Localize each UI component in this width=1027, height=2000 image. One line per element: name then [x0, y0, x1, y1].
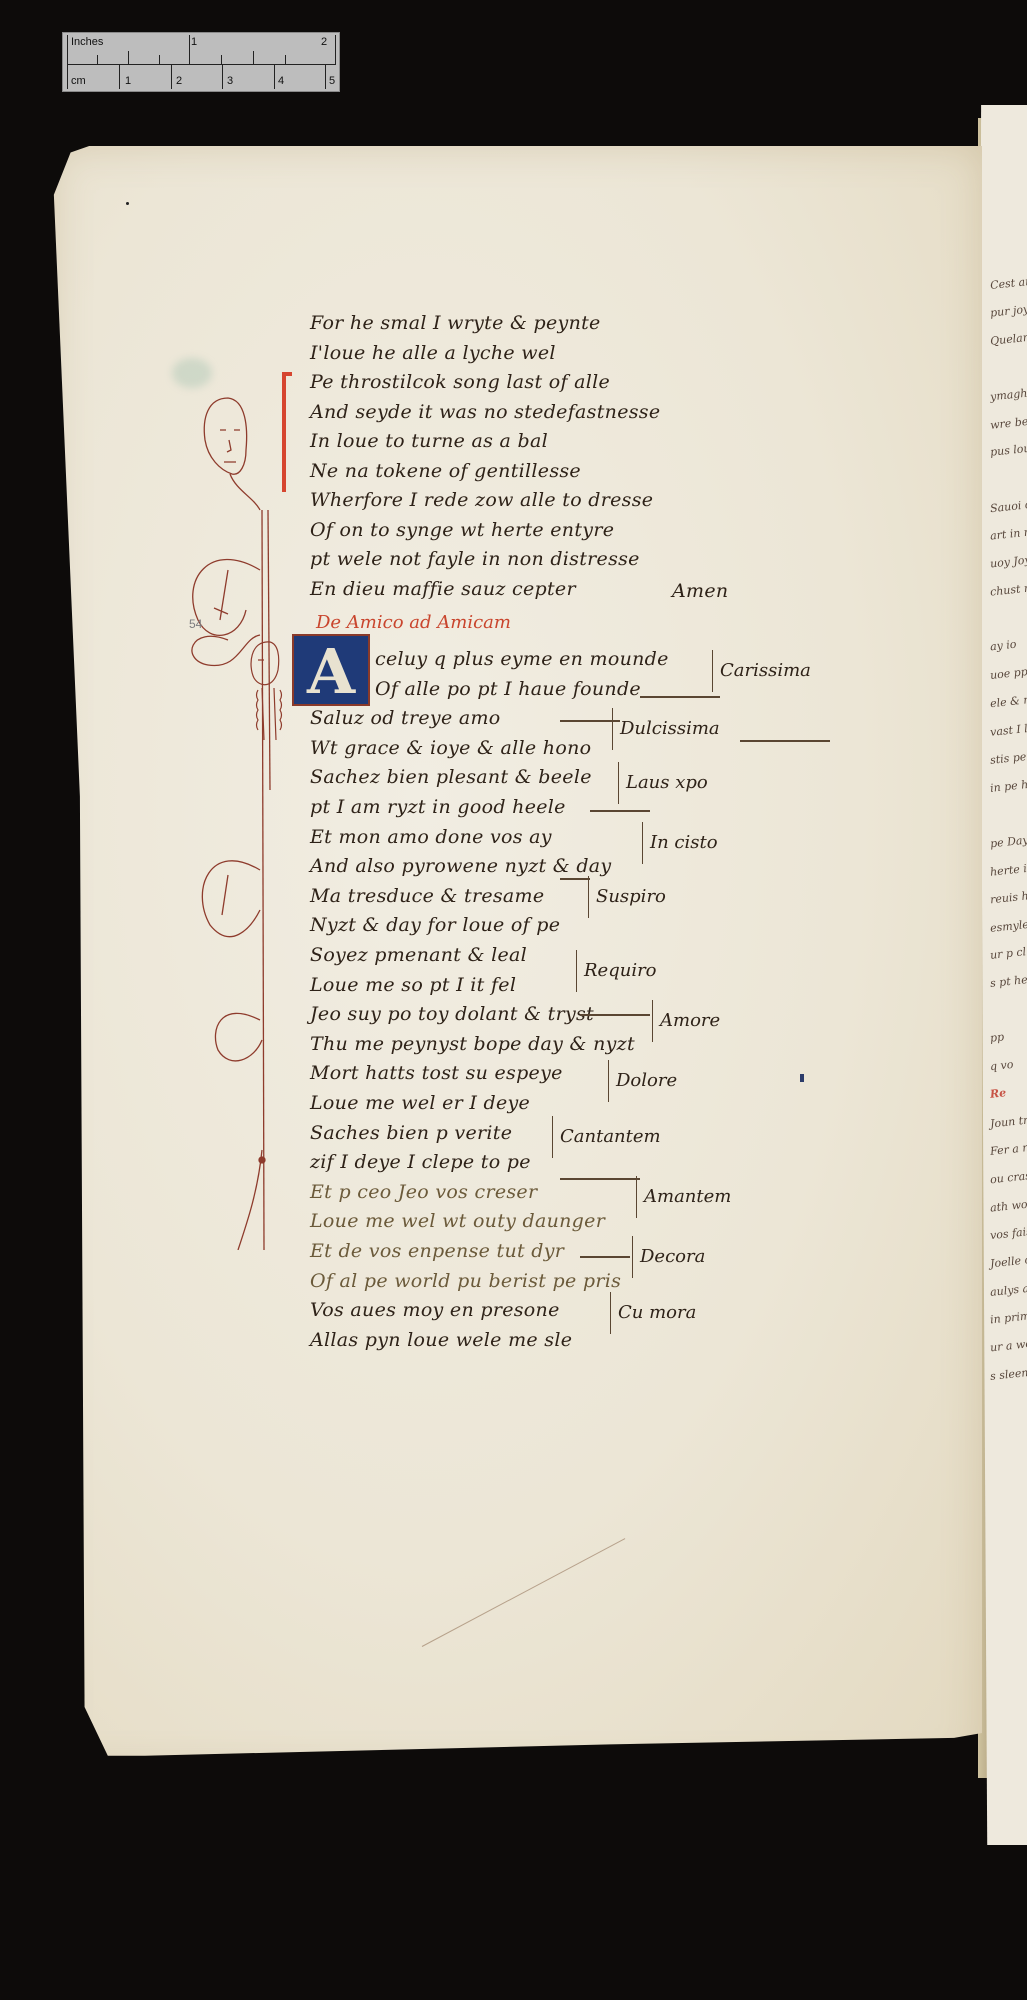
marginal-gloss: Cantantem	[560, 1126, 661, 1147]
gloss-bracket	[642, 822, 643, 864]
verse-line: Sachez bien plesant & beele	[310, 766, 592, 788]
verse-line: Soyez pmenant & leal	[310, 944, 527, 966]
gloss-bracket	[712, 650, 713, 692]
bracket-connector	[560, 720, 620, 722]
verse-line: Allas pyn loue wele me sle	[310, 1329, 572, 1351]
verse-line: Wt grace & ioye & alle hono	[310, 737, 591, 759]
verse-line: Loue me wel wt outy daunger	[310, 1210, 605, 1232]
bracket-connector	[580, 1256, 630, 1258]
rubricated-paraph	[282, 372, 292, 492]
verse-line: In loue to turne as a bal	[310, 430, 548, 452]
verse-line: Pe throstilcok song last of alle	[310, 371, 610, 393]
marginal-gloss: Amantem	[644, 1186, 731, 1207]
verse-line: Vos aues moy en presone	[310, 1299, 560, 1321]
marginal-gloss: Laus xpo	[626, 772, 708, 793]
marginal-flourish-icon	[150, 370, 290, 1250]
verse-line: Of alle po pt I haue founde	[375, 678, 641, 700]
verse-line: And seyde it was no stedefastnesse	[310, 401, 660, 423]
verse-line: pt I am ryzt in good heele	[310, 796, 566, 818]
verse-line: pt wele not fayle in non distresse	[310, 548, 640, 570]
marginal-gloss: In cisto	[650, 832, 718, 853]
gloss-bracket	[552, 1116, 553, 1158]
marginal-gloss: Dulcissima	[620, 718, 720, 739]
bracket-connector	[560, 1178, 640, 1180]
bracket-connector	[590, 810, 650, 812]
verse-line: Of on to synge wt herte entyre	[310, 519, 614, 541]
verse-line: Et de vos enpense tut dyr	[310, 1240, 564, 1262]
verse-line: Ma tresduce & tresame	[310, 885, 544, 907]
verse-line: Saluz od treye amo	[310, 707, 501, 729]
verse-line: And also pyrowene nyzt & day	[310, 855, 611, 877]
marginal-gloss: Carissima	[720, 660, 811, 681]
verse-line: Jeo suy po toy dolant & tryst	[310, 1003, 594, 1025]
verse-line: Wherfore I rede zow alle to dresse	[310, 489, 653, 511]
verse-line: Ne na tokene of gentillesse	[310, 460, 581, 482]
folio-text-block: 54 For he smal I wryte & peynteI'loue he…	[0, 0, 1027, 2000]
gloss-bracket	[632, 1236, 633, 1278]
gloss-bracket	[618, 762, 619, 804]
verse-line: Nyzt & day for loue of pe	[310, 914, 560, 936]
bracket-connector	[580, 1014, 650, 1016]
verse-line: I'loue he alle a lyche wel	[310, 342, 556, 364]
decorated-initial: A	[292, 634, 370, 706]
gloss-bracket	[610, 1292, 611, 1334]
verse-line: zif I deye I clepe to pe	[310, 1151, 531, 1173]
gloss-bracket	[612, 708, 613, 750]
amen-label: Amen	[672, 580, 728, 602]
verse-line: Mort hatts tost su espeye	[310, 1062, 563, 1084]
gloss-bracket	[588, 876, 589, 918]
verse-line: Loue me so pt I it fel	[310, 974, 516, 996]
marginal-gloss: Amore	[660, 1010, 720, 1031]
gloss-bracket	[652, 1000, 653, 1042]
marginal-gloss: Dolore	[616, 1070, 677, 1091]
marginal-gloss: Suspiro	[596, 886, 666, 907]
poem-heading: De Amico ad Amicam	[316, 612, 511, 633]
verse-line: For he smal I wryte & peynte	[310, 312, 601, 334]
verse-line: Of al pe world pu berist pe pris	[310, 1270, 621, 1292]
verse-line: Thu me peynyst bope day & nyzt	[310, 1033, 635, 1055]
marginal-gloss: Decora	[640, 1246, 705, 1267]
verse-line: Et mon amo done vos ay	[310, 826, 552, 848]
gloss-bracket	[608, 1060, 609, 1102]
verse-line: En dieu maffie sauz cepter	[310, 578, 576, 600]
gloss-bracket	[636, 1176, 637, 1218]
verse-line: Saches bien p verite	[310, 1122, 512, 1144]
verse-line: celuy q plus eyme en mounde	[375, 648, 669, 670]
ink-mark	[800, 1074, 804, 1082]
bracket-connector	[560, 878, 590, 880]
bracket-connector	[740, 740, 830, 742]
pencil-foliation: 54	[189, 617, 202, 631]
marginal-gloss: Cu mora	[618, 1302, 696, 1323]
marginal-gloss: Requiro	[584, 960, 657, 981]
gloss-bracket	[576, 950, 577, 992]
bracket-connector	[640, 696, 720, 698]
verse-line: Loue me wel er I deye	[310, 1092, 530, 1114]
verse-line: Et p ceo Jeo vos creser	[310, 1181, 537, 1203]
